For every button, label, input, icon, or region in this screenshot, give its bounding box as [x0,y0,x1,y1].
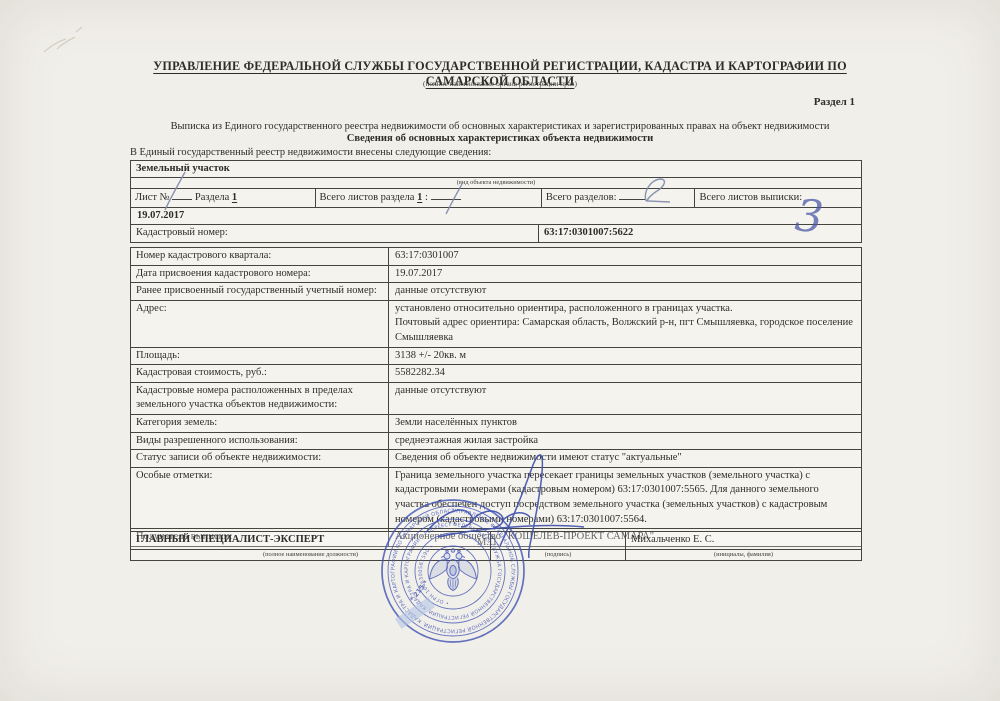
cadastral-number-value: 63:17:0301007:5622 [539,225,861,242]
total-sections-label: Всего разделов: [546,192,617,203]
row-label: Статус записи об объекте недвижимости: [131,450,389,467]
characteristics-subtitle: Сведения об основных характеристиках объ… [90,133,910,144]
sheets-row: Лист № Раздела 1 Всего листов раздела 1 … [131,189,861,208]
row-value: установлено относительно ориентира, расп… [389,301,861,347]
intro-line: В Единый государственный реестр недвижим… [130,147,491,158]
row-value: данные отсутствуют [389,383,861,414]
row-value: 19.07.2017 [389,266,861,283]
table-row: Кадастровая стоимость, руб.:5582282.34 [131,365,861,383]
double-headed-eagle-emblem [430,549,477,591]
row-value: 3138 +/- 20кв. м [389,348,861,365]
sheet-blank-line [172,190,192,200]
extract-title-line: Выписка из Единого государственного реес… [90,121,910,132]
row-value: Земли населённых пунктов [389,415,861,432]
official-round-stamp: УПРАВЛЕНИЕ ФЕДЕРАЛЬНОЙ СЛУЖБЫ ГОСУДАРСТВ… [371,489,535,653]
object-type-caption: (вид объекта недвижимости) [131,178,861,189]
cadastral-number-row: Кадастровый номер: 63:17:0301007:5622 [131,225,861,242]
table-row: Площадь:3138 +/- 20кв. м [131,348,861,366]
total-sheets-cell: Всего листов раздела 1 : [316,189,542,207]
row-label: Особые отметки: [131,468,389,528]
row-value: среднеэтажная жилая застройка [389,433,861,450]
razdel-label: Раздела [195,192,229,203]
total-sections-cell: Всего разделов: [542,189,696,207]
pencil-marks [44,27,82,52]
sheet-label: Лист № [135,192,170,203]
extract-date-cell: 19.07.2017 [131,208,861,225]
table-row: Статус записи об объекте недвижимости:Св… [131,450,861,468]
name-caption: (инициалы, фамилия) [626,550,861,560]
row-value: Сведения об объекте недвижимости имеют с… [389,450,861,467]
object-header-table: Земельный участок (вид объекта недвижимо… [130,160,862,243]
total-extract-sheets-cell: Всего листов выписки: [695,189,861,207]
row-label: Категория земель: [131,415,389,432]
total-sections-blank-line [619,190,645,200]
row-value: 63:17:0301007 [389,248,861,265]
row-label: Площадь: [131,348,389,365]
razdel-value: 1 [232,192,237,203]
total-extract-sheets-label: Всего листов выписки: [699,192,802,203]
signatory-name: Михальченко Е. С. [626,532,861,549]
row-label: Адрес: [131,301,389,347]
scanned-egrn-extract-page: { "page": { "header_title": "УПРАВЛЕНИЕ … [0,0,1000,701]
table-row: Ранее присвоенный государственный учетны… [131,283,861,301]
row-label: Кадастровая стоимость, руб.: [131,365,389,382]
table-row: Категория земель:Земли населённых пункто… [131,415,861,433]
total-sheets-blank-line [431,190,461,200]
cadastral-number-label: Кадастровый номер: [131,225,539,242]
table-row: Номер кадастрового квартала:63:17:030100… [131,248,861,266]
table-row: Дата присвоения кадастрового номера:19.0… [131,266,861,284]
sheet-number-cell: Лист № Раздела 1 [131,189,316,207]
total-sheets-label: Всего листов раздела [320,192,415,203]
row-label: Номер кадастрового квартала: [131,248,389,265]
row-value: 5582282.34 [389,365,861,382]
table-row: Виды разрешенного использования:среднеэт… [131,433,861,451]
row-label: Виды разрешенного использования: [131,433,389,450]
table-row: Кадастровые номера расположенных в преде… [131,383,861,415]
row-label: Кадастровые номера расположенных в преде… [131,383,389,414]
total-sheets-colon: : [425,192,428,203]
row-label: Ранее присвоенный государственный учетны… [131,283,389,300]
object-type-cell: Земельный участок [131,161,861,178]
table-row: Адрес:установлено относительно ориентира… [131,301,861,348]
total-sheets-value: 1 [417,192,422,203]
row-value: данные отсутствуют [389,283,861,300]
section-number-label: Раздел 1 [814,96,855,108]
registration-authority-caption: (полное наименование органа регистрации … [120,79,880,88]
row-label: Дата присвоения кадастрового номера: [131,266,389,283]
